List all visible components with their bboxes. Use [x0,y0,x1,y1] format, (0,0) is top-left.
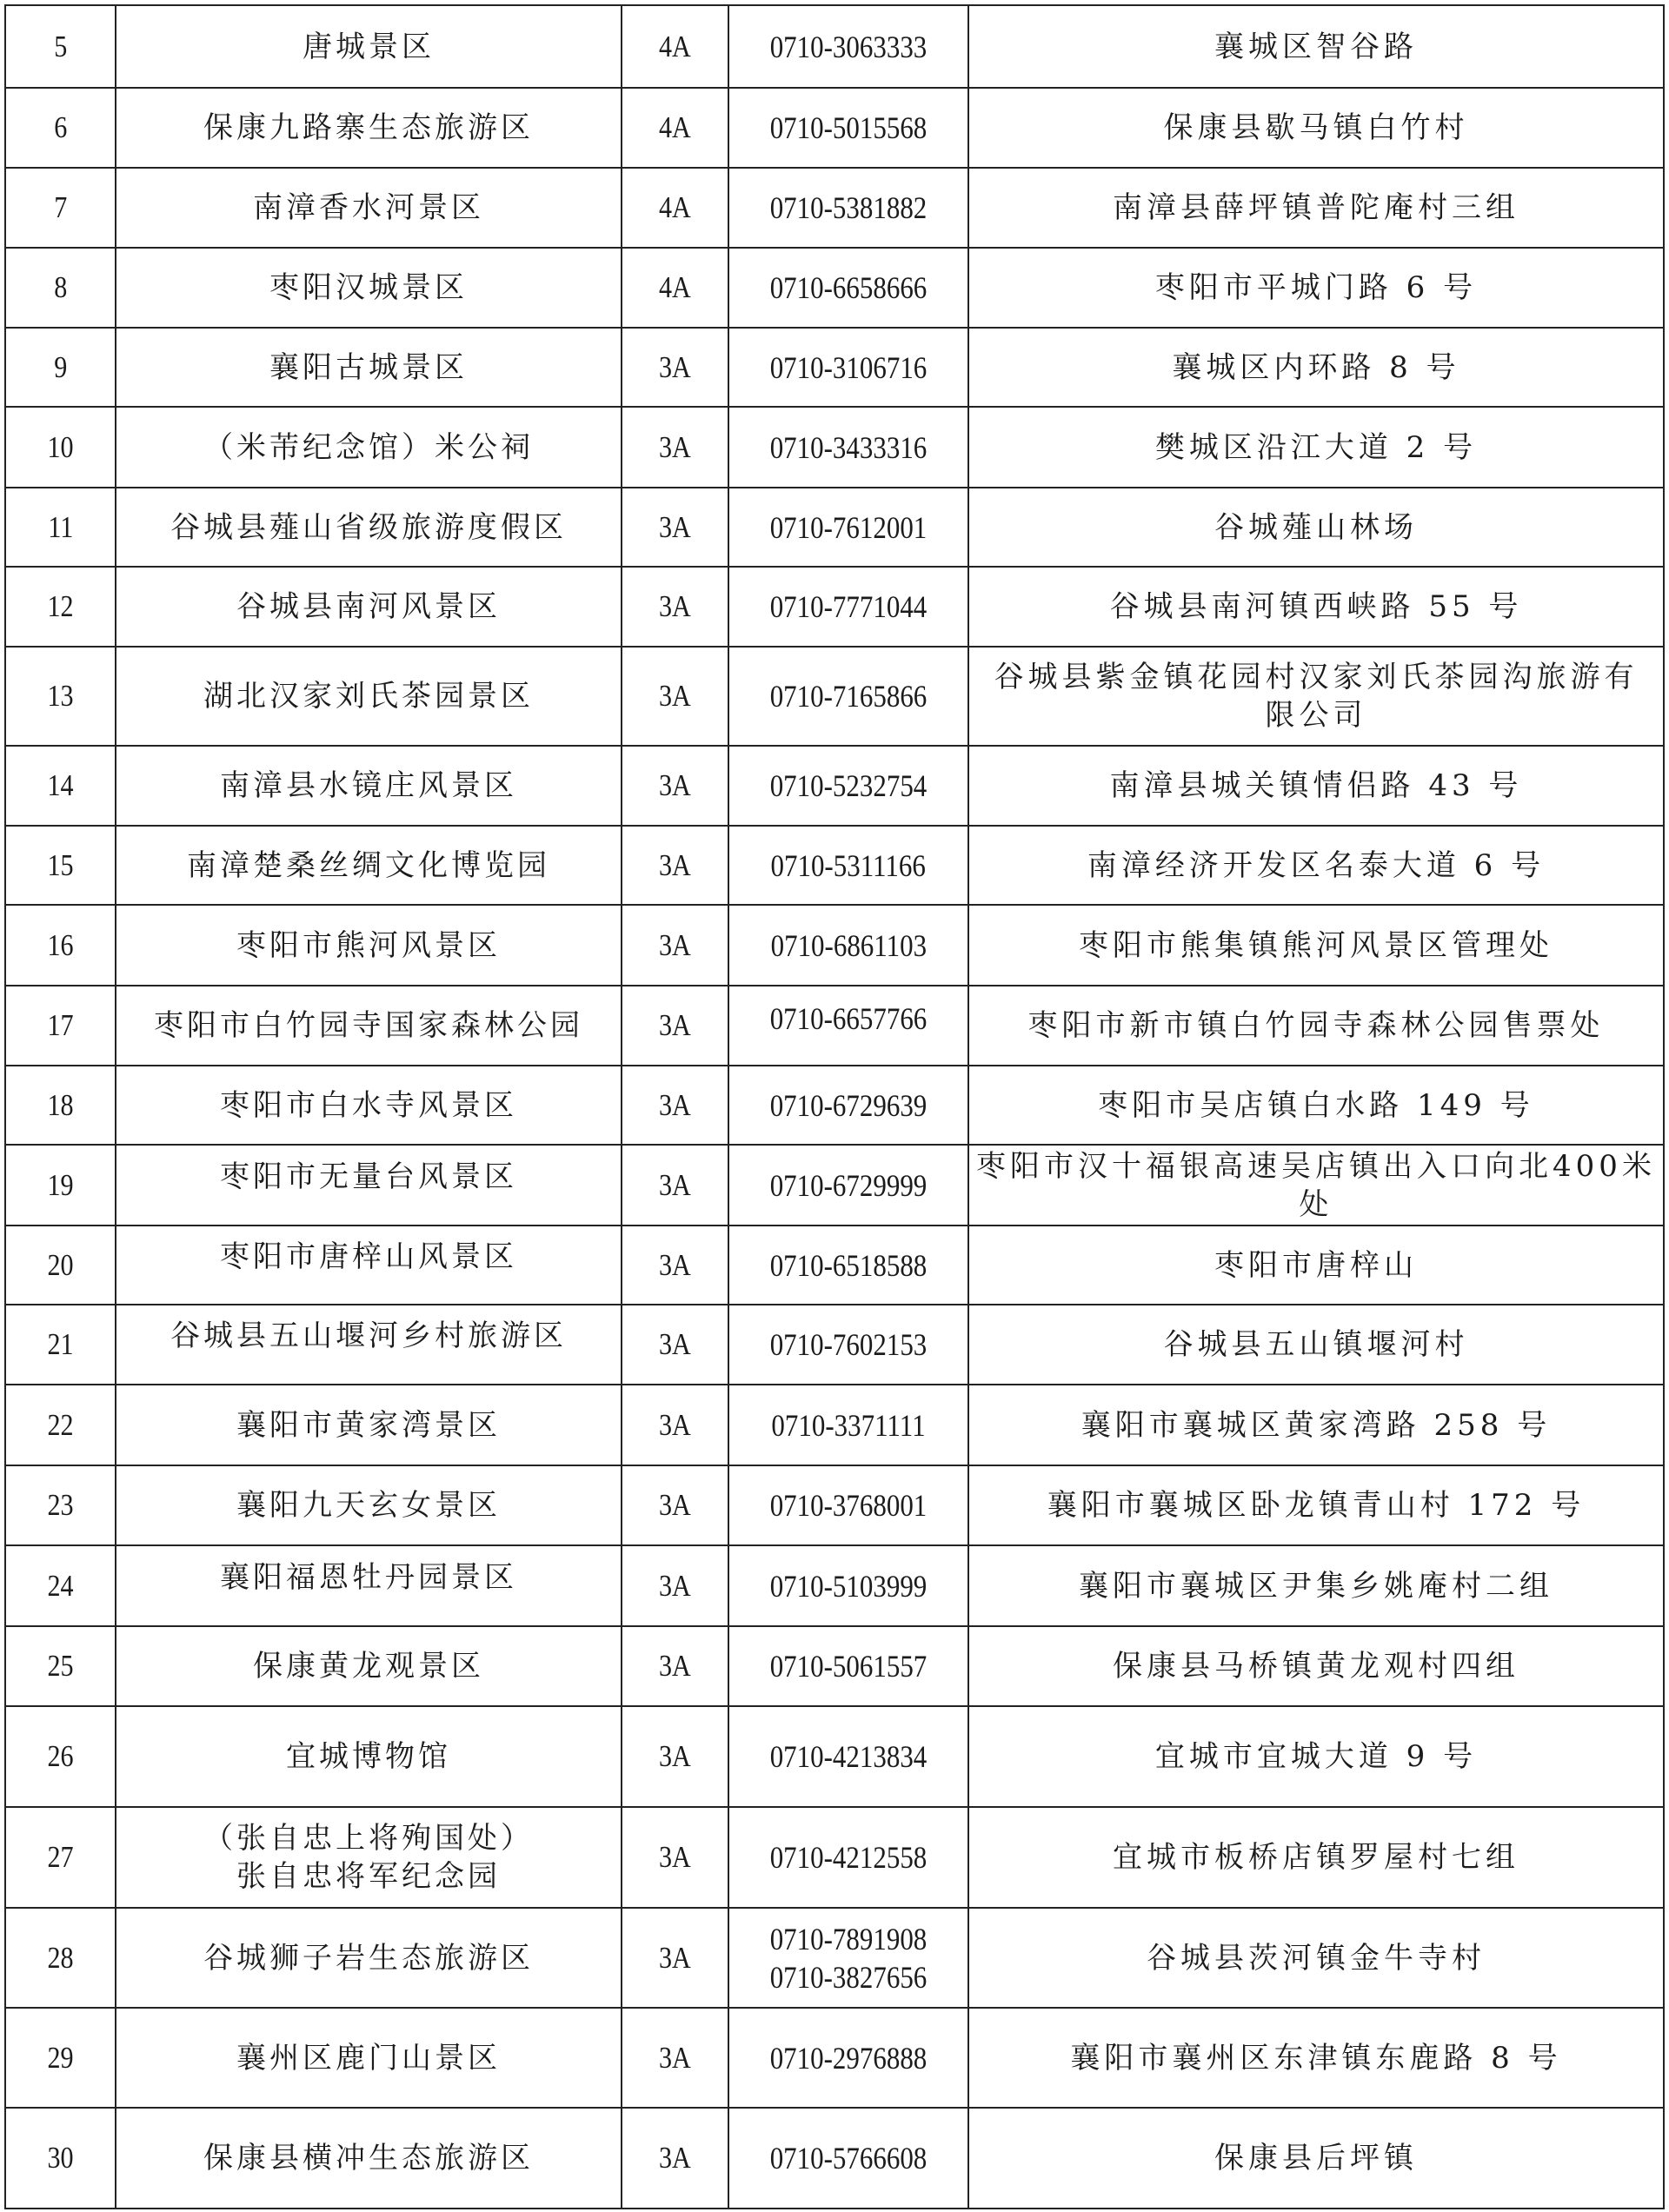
scenic-name: 湖北汉家刘氏茶园景区 [203,677,534,715]
phone-number: 0710-4212558 [770,1838,928,1877]
scenic-name-cell: 襄州区鹿门山景区 [116,2008,622,2108]
row-number: 9 [54,349,67,387]
address: 枣阳市新市镇白竹园寺森林公园售票处 [1028,1006,1605,1045]
address: 襄阳市襄城区尹集乡姚庵村二组 [1079,1567,1553,1605]
grade-cell: 4A [622,88,728,168]
grade-badge: 3A [659,677,691,715]
grade-cell: 3A [622,407,728,488]
address-cell: 枣阳市唐梓山 [968,1226,1664,1305]
phone-cell: 0710-7771044 [728,567,968,647]
table-row: 14 南漳县水镜庄风景区 3A 0710-5232754 南漳县城关镇情侣路 4… [5,746,1664,826]
grade-badge: 3A [659,1406,691,1445]
scenic-name-cell: 谷城县南河风景区 [116,567,622,647]
scenic-name: 枣阳市唐梓山风景区 [220,1238,517,1276]
row-number-cell: 8 [5,248,116,328]
row-number-cell: 24 [5,1545,116,1626]
scenic-name-cell: 南漳楚桑丝绸文化博览园 [116,826,622,905]
phone-number: 0710-3063333 [770,28,928,66]
address: 襄城区内环路 8 号 [1172,349,1460,387]
scenic-name-cell: 南漳县水镜庄风景区 [116,746,622,826]
phone-cell: 0710-6658666 [728,248,968,328]
phone-number: 0710-7771044 [770,588,928,626]
table-row: 9 襄阳古城景区 3A 0710-3106716 襄城区内环路 8 号 [5,328,1664,407]
address: 枣阳市吴店镇白水路 149 号 [1098,1086,1534,1125]
table-row: 13 湖北汉家刘氏茶园景区 3A 0710-7165866 谷城县紫金镇花园村汉… [5,647,1664,746]
address: 保康县马桥镇黄龙观村四组 [1113,1647,1519,1685]
grade-cell: 3A [622,2108,728,2209]
grade-cell: 3A [622,1305,728,1385]
address-cell: 保康县后坪镇 [968,2108,1664,2209]
grade-badge: 3A [659,1246,691,1285]
address-cell: 南漳县薛坪镇普陀庵村三组 [968,168,1664,248]
row-number-cell: 27 [5,1807,116,1908]
grade-cell: 3A [622,1807,728,1908]
phone-cell: 0710-5232754 [728,746,968,826]
phone-cell: 0710-2976888 [728,2008,968,2108]
row-number-cell: 18 [5,1066,116,1145]
row-number-cell: 26 [5,1706,116,1807]
phone-number: 0710-7165866 [770,677,928,715]
table-row: 21 谷城县五山堰河乡村旅游区 3A 0710-7602153 谷城县五山镇堰河… [5,1305,1664,1385]
table-row: 17 枣阳市白竹园寺国家森林公园 3A 0710-6657766 枣阳市新市镇白… [5,986,1664,1066]
scenic-name: 枣阳市白竹园寺国家森林公园 [154,1006,583,1045]
phone-number: 0710-6657766 [770,1000,928,1038]
scenic-name: （米芾纪念馆）米公祠 [203,428,534,467]
row-number: 12 [47,588,73,626]
row-number-cell: 25 [5,1626,116,1706]
phone-number: 0710-3433316 [770,428,928,467]
scenic-name-cell: （张自忠上将殉国处） 张自忠将军纪念园 [116,1807,622,1908]
address-cell: 保康县歇马镇白竹村 [968,88,1664,168]
row-number-cell: 7 [5,168,116,248]
row-number: 23 [47,1486,73,1524]
scenic-name-cell: 枣阳市无量台风景区 [116,1145,622,1226]
phone-cell: 0710-3371111 [728,1385,968,1465]
address: 枣阳市唐梓山 [1214,1246,1418,1285]
row-number: 27 [47,1838,73,1877]
table-row: 29 襄州区鹿门山景区 3A 0710-2976888 襄阳市襄州区东津镇东鹿路… [5,2008,1664,2108]
scenic-name-cell: 枣阳市唐梓山风景区 [116,1226,622,1305]
grade-cell: 3A [622,328,728,407]
grade-cell: 4A [622,168,728,248]
address: 保康县后坪镇 [1214,2139,1418,2177]
address: 襄阳市襄城区黄家湾路 258 号 [1081,1406,1552,1445]
row-number-cell: 5 [5,5,116,88]
row-number: 17 [47,1006,73,1045]
table-body: 5 唐城景区 4A 0710-3063333 襄城区智谷路 6 保康九路寨生态旅… [5,5,1664,2209]
phone-cell: 0710-5311166 [728,826,968,905]
row-number: 28 [47,1939,73,1977]
address: 南漳经济开发区名泰大道 6 号 [1087,847,1545,885]
row-number: 14 [47,767,73,805]
address: 谷城薤山林场 [1214,508,1418,547]
grade-badge: 3A [659,927,691,965]
row-number: 24 [47,1567,73,1605]
scenic-name: 襄州区鹿门山景区 [236,2039,501,2077]
phone-cell: 0710-4212558 [728,1807,968,1908]
address: 枣阳市平城门路 6 号 [1155,269,1477,307]
address-cell: 南漳经济开发区名泰大道 6 号 [968,826,1664,905]
grade-cell: 3A [622,1545,728,1626]
scenic-name: 保康黄龙观景区 [253,1647,484,1685]
row-number-cell: 13 [5,647,116,746]
address-cell: 谷城县紫金镇花园村汉家刘氏茶园沟旅游有 限公司 [968,647,1664,746]
address: 南漳县城关镇情侣路 43 号 [1110,767,1523,805]
table-row: 10 （米芾纪念馆）米公祠 3A 0710-3433316 樊城区沿江大道 2 … [5,407,1664,488]
phone-number: 0710-3768001 [770,1486,928,1524]
row-number-cell: 15 [5,826,116,905]
address-cell: 枣阳市新市镇白竹园寺森林公园售票处 [968,986,1664,1066]
grade-badge: 3A [659,1086,691,1125]
phone-number: 0710-3106716 [770,349,928,387]
scenic-name-cell: 谷城狮子岩生态旅游区 [116,1908,622,2008]
table-row: 30 保康县横冲生态旅游区 3A 0710-5766608 保康县后坪镇 [5,2108,1664,2209]
row-number-cell: 30 [5,2108,116,2209]
address-cell: 宜城市板桥店镇罗屋村七组 [968,1807,1664,1908]
scenic-areas-table: 5 唐城景区 4A 0710-3063333 襄城区智谷路 6 保康九路寨生态旅… [4,4,1665,2209]
grade-badge: 4A [659,109,691,147]
grade-cell: 3A [622,1145,728,1226]
scenic-name-cell: 宜城博物馆 [116,1706,622,1807]
address: 南漳县薛坪镇普陀庵村三组 [1113,189,1519,227]
row-number: 5 [54,28,67,66]
row-number-cell: 9 [5,328,116,407]
address-cell: 南漳县城关镇情侣路 43 号 [968,746,1664,826]
address-cell: 樊城区沿江大道 2 号 [968,407,1664,488]
scenic-name: 枣阳汉城景区 [269,269,468,307]
phone-cell: 0710-7165866 [728,647,968,746]
grade-cell: 3A [622,1908,728,2008]
scenic-name: 枣阳市无量台风景区 [220,1158,517,1196]
scenic-name-cell: 襄阳九天玄女景区 [116,1465,622,1545]
row-number: 21 [47,1325,73,1364]
address: 谷城县五山镇堰河村 [1164,1325,1469,1364]
grade-cell: 3A [622,488,728,567]
phone-cell: 0710-7612001 [728,488,968,567]
phone-cell: 0710-6729639 [728,1066,968,1145]
row-number: 20 [47,1246,73,1285]
grade-cell: 4A [622,248,728,328]
row-number-cell: 11 [5,488,116,567]
row-number: 19 [47,1166,73,1205]
scenic-name: 襄阳福恩牡丹园景区 [220,1558,517,1597]
table-row: 23 襄阳九天玄女景区 3A 0710-3768001 襄阳市襄城区卧龙镇青山村… [5,1465,1664,1545]
scenic-name: （张自忠上将殉国处） 张自忠将军纪念园 [203,1819,534,1896]
grade-badge: 3A [659,588,691,626]
scenic-name-cell: 襄阳市黄家湾景区 [116,1385,622,1465]
address-cell: 谷城县茨河镇金牛寺村 [968,1908,1664,2008]
phone-number: 0710-2976888 [770,2039,928,2077]
grade-badge: 3A [659,508,691,547]
phone-number: 0710-6518588 [770,1246,928,1285]
phone-number: 0710-5015568 [770,109,928,147]
grade-badge: 3A [659,428,691,467]
address: 樊城区沿江大道 2 号 [1155,428,1477,467]
address: 襄城区智谷路 [1214,28,1418,66]
table-row: 28 谷城狮子岩生态旅游区 3A 0710-7891908 0710-38276… [5,1908,1664,2008]
grade-badge: 3A [659,1006,691,1045]
row-number: 10 [47,428,73,467]
scenic-name-cell: 谷城县五山堰河乡村旅游区 [116,1305,622,1385]
table-row: 7 南漳香水河景区 4A 0710-5381882 南漳县薛坪镇普陀庵村三组 [5,168,1664,248]
row-number-cell: 14 [5,746,116,826]
table-row: 6 保康九路寨生态旅游区 4A 0710-5015568 保康县歇马镇白竹村 [5,88,1664,168]
phone-cell: 0710-3063333 [728,5,968,88]
phone-number: 0710-5103999 [770,1567,928,1605]
address-cell: 襄阳市襄城区黄家湾路 258 号 [968,1385,1664,1465]
grade-badge: 3A [659,767,691,805]
grade-badge: 3A [659,1647,691,1685]
phone-cell: 0710-5766608 [728,2108,968,2209]
scenic-name: 唐城景区 [303,28,435,66]
table-row: 8 枣阳汉城景区 4A 0710-6658666 枣阳市平城门路 6 号 [5,248,1664,328]
scenic-name-cell: 襄阳福恩牡丹园景区 [116,1545,622,1626]
row-number: 13 [47,677,73,715]
scenic-name: 谷城狮子岩生态旅游区 [203,1939,534,1977]
scenic-name-cell: 枣阳汉城景区 [116,248,622,328]
phone-cell: 0710-6657766 [728,986,968,1066]
scenic-name: 南漳县水镜庄风景区 [220,767,517,805]
grade-cell: 3A [622,1226,728,1305]
table-row: 15 南漳楚桑丝绸文化博览园 3A 0710-5311166 南漳经济开发区名泰… [5,826,1664,905]
table-row: 27 （张自忠上将殉国处） 张自忠将军纪念园 3A 0710-4212558 宜… [5,1807,1664,1908]
grade-badge: 3A [659,1939,691,1977]
phone-number: 0710-4213834 [770,1737,928,1776]
scenic-name-cell: 枣阳市白竹园寺国家森林公园 [116,986,622,1066]
table-row: 12 谷城县南河风景区 3A 0710-7771044 谷城县南河镇西峡路 55… [5,567,1664,647]
address-cell: 枣阳市汉十福银高速吴店镇出入口向北400米处 [968,1145,1664,1226]
phone-number: 0710-5061557 [770,1647,928,1685]
scenic-name-cell: 保康县横冲生态旅游区 [116,2108,622,2209]
table-row: 16 枣阳市熊河风景区 3A 0710-6861103 枣阳市熊集镇熊河风景区管… [5,905,1664,986]
grade-cell: 3A [622,1385,728,1465]
scenic-name-cell: 枣阳市白水寺风景区 [116,1066,622,1145]
address-cell: 谷城县南河镇西峡路 55 号 [968,567,1664,647]
row-number-cell: 28 [5,1908,116,2008]
scenic-name-cell: 襄阳古城景区 [116,328,622,407]
grade-badge: 3A [659,1567,691,1605]
address-cell: 枣阳市吴店镇白水路 149 号 [968,1066,1664,1145]
scenic-name-cell: 南漳香水河景区 [116,168,622,248]
phone-number: 0710-6729999 [770,1166,928,1205]
table-row: 26 宜城博物馆 3A 0710-4213834 宜城市宜城大道 9 号 [5,1706,1664,1807]
phone-cell: 0710-3106716 [728,328,968,407]
scenic-name-cell: 保康黄龙观景区 [116,1626,622,1706]
phone-number: 0710-3371111 [771,1406,925,1445]
row-number-cell: 17 [5,986,116,1066]
grade-badge: 3A [659,2139,691,2177]
address: 保康县歇马镇白竹村 [1164,109,1469,147]
address-cell: 保康县马桥镇黄龙观村四组 [968,1626,1664,1706]
address: 枣阳市汉十福银高速吴店镇出入口向北400米处 [974,1147,1658,1224]
row-number: 29 [47,2039,73,2077]
table-row: 22 襄阳市黄家湾景区 3A 0710-3371111 襄阳市襄城区黄家湾路 2… [5,1385,1664,1465]
scenic-name: 南漳楚桑丝绸文化博览园 [187,847,550,885]
phone-cell: 0710-6729999 [728,1145,968,1226]
scenic-name-cell: 湖北汉家刘氏茶园景区 [116,647,622,746]
row-number-cell: 10 [5,407,116,488]
address-cell: 襄阳市襄城区卧龙镇青山村 172 号 [968,1465,1664,1545]
phone-number: 0710-7612001 [770,508,928,547]
grade-cell: 4A [622,5,728,88]
grade-badge: 3A [659,1486,691,1524]
address: 宜城市板桥店镇罗屋村七组 [1113,1838,1519,1877]
table-row: 24 襄阳福恩牡丹园景区 3A 0710-5103999 襄阳市襄城区尹集乡姚庵… [5,1545,1664,1626]
row-number: 18 [47,1086,73,1125]
address-cell: 襄阳市襄城区尹集乡姚庵村二组 [968,1545,1664,1626]
address-cell: 枣阳市平城门路 6 号 [968,248,1664,328]
phone-number: 0710-6861103 [770,927,926,965]
grade-badge: 3A [659,2039,691,2077]
table-row: 5 唐城景区 4A 0710-3063333 襄城区智谷路 [5,5,1664,88]
scenic-name: 谷城县南河风景区 [236,588,501,626]
row-number: 26 [47,1737,73,1776]
row-number: 16 [47,927,73,965]
scenic-name: 枣阳市熊河风景区 [236,927,501,965]
scenic-name: 枣阳市白水寺风景区 [220,1086,517,1125]
row-number-cell: 12 [5,567,116,647]
address-cell: 宜城市宜城大道 9 号 [968,1706,1664,1807]
phone-number: 0710-5381882 [770,189,928,227]
scenic-name: 襄阳九天玄女景区 [236,1486,501,1524]
scenic-name: 南漳香水河景区 [253,189,484,227]
scenic-name-cell: 枣阳市熊河风景区 [116,905,622,986]
phone-cell: 0710-6861103 [728,905,968,986]
phone-number: 0710-6729639 [770,1086,928,1125]
phone-number: 0710-6658666 [770,269,928,307]
address: 宜城市宜城大道 9 号 [1155,1737,1477,1776]
row-number: 8 [54,269,67,307]
row-number-cell: 22 [5,1385,116,1465]
phone-cell: 0710-3768001 [728,1465,968,1545]
phone-cell: 0710-3433316 [728,407,968,488]
address: 襄阳市襄州区东津镇东鹿路 8 号 [1070,2039,1561,2077]
phone-cell: 0710-5015568 [728,88,968,168]
grade-badge: 3A [659,1166,691,1205]
table-row: 19 枣阳市无量台风景区 3A 0710-6729999 枣阳市汉十福银高速吴店… [5,1145,1664,1226]
row-number-cell: 29 [5,2008,116,2108]
scenic-name-cell: 保康九路寨生态旅游区 [116,88,622,168]
grade-badge: 4A [659,269,691,307]
grade-cell: 3A [622,2008,728,2108]
grade-cell: 3A [622,1066,728,1145]
phone-number: 0710-7891908 0710-3827656 [770,1920,928,1996]
row-number: 25 [47,1647,73,1685]
address-cell: 襄阳市襄州区东津镇东鹿路 8 号 [968,2008,1664,2108]
grade-cell: 3A [622,746,728,826]
phone-cell: 0710-7891908 0710-3827656 [728,1908,968,2008]
scenic-name-cell: 谷城县薤山省级旅游度假区 [116,488,622,567]
row-number-cell: 21 [5,1305,116,1385]
scenic-name: 保康县横冲生态旅游区 [203,2139,534,2177]
grade-cell: 3A [622,986,728,1066]
row-number-cell: 6 [5,88,116,168]
grade-cell: 3A [622,1465,728,1545]
table-row: 11 谷城县薤山省级旅游度假区 3A 0710-7612001 谷城薤山林场 [5,488,1664,567]
row-number-cell: 19 [5,1145,116,1226]
grade-badge: 3A [659,1838,691,1877]
row-number: 7 [54,189,67,227]
grade-badge: 3A [659,847,691,885]
grade-cell: 3A [622,647,728,746]
phone-cell: 0710-5103999 [728,1545,968,1626]
grade-cell: 3A [622,1706,728,1807]
scenic-name-cell: （米芾纪念馆）米公祠 [116,407,622,488]
row-number-cell: 23 [5,1465,116,1545]
phone-cell: 0710-7602153 [728,1305,968,1385]
grade-cell: 3A [622,826,728,905]
row-number: 15 [47,847,73,885]
row-number: 22 [47,1406,73,1445]
scenic-name-cell: 唐城景区 [116,5,622,88]
scenic-name: 保康九路寨生态旅游区 [203,109,534,147]
table-row: 25 保康黄龙观景区 3A 0710-5061557 保康县马桥镇黄龙观村四组 [5,1626,1664,1706]
row-number: 6 [54,109,67,147]
address-cell: 谷城县五山镇堰河村 [968,1305,1664,1385]
address: 谷城县南河镇西峡路 55 号 [1110,588,1523,626]
table-row: 20 枣阳市唐梓山风景区 3A 0710-6518588 枣阳市唐梓山 [5,1226,1664,1305]
address-cell: 襄城区智谷路 [968,5,1664,88]
scenic-name: 谷城县五山堰河乡村旅游区 [170,1317,567,1355]
address-cell: 枣阳市熊集镇熊河风景区管理处 [968,905,1664,986]
grade-cell: 3A [622,1626,728,1706]
grade-badge: 4A [659,189,691,227]
scenic-name: 襄阳市黄家湾景区 [236,1406,501,1445]
phone-number: 0710-5766608 [770,2139,928,2177]
scenic-name: 宜城博物馆 [286,1737,451,1776]
row-number-cell: 16 [5,905,116,986]
phone-number: 0710-7602153 [770,1325,928,1364]
phone-cell: 0710-4213834 [728,1706,968,1807]
address: 襄阳市襄城区卧龙镇青山村 172 号 [1047,1486,1586,1524]
phone-cell: 0710-6518588 [728,1226,968,1305]
table-row: 18 枣阳市白水寺风景区 3A 0710-6729639 枣阳市吴店镇白水路 1… [5,1066,1664,1145]
address: 谷城县茨河镇金牛寺村 [1147,1939,1486,1977]
scenic-name: 襄阳古城景区 [269,349,468,387]
phone-number: 0710-5232754 [770,767,928,805]
grade-cell: 3A [622,905,728,986]
phone-cell: 0710-5381882 [728,168,968,248]
address-cell: 襄城区内环路 8 号 [968,328,1664,407]
grade-badge: 4A [659,28,691,66]
grade-badge: 3A [659,349,691,387]
phone-number: 0710-5311166 [771,847,926,885]
grade-badge: 3A [659,1325,691,1364]
address-cell: 谷城薤山林场 [968,488,1664,567]
row-number-cell: 20 [5,1226,116,1305]
phone-cell: 0710-5061557 [728,1626,968,1706]
address: 谷城县紫金镇花园村汉家刘氏茶园沟旅游有 限公司 [994,658,1639,734]
scenic-name: 谷城县薤山省级旅游度假区 [170,508,567,547]
grade-badge: 3A [659,1737,691,1776]
grade-cell: 3A [622,567,728,647]
address: 枣阳市熊集镇熊河风景区管理处 [1079,927,1553,965]
row-number: 30 [47,2139,73,2177]
row-number: 11 [48,508,73,547]
